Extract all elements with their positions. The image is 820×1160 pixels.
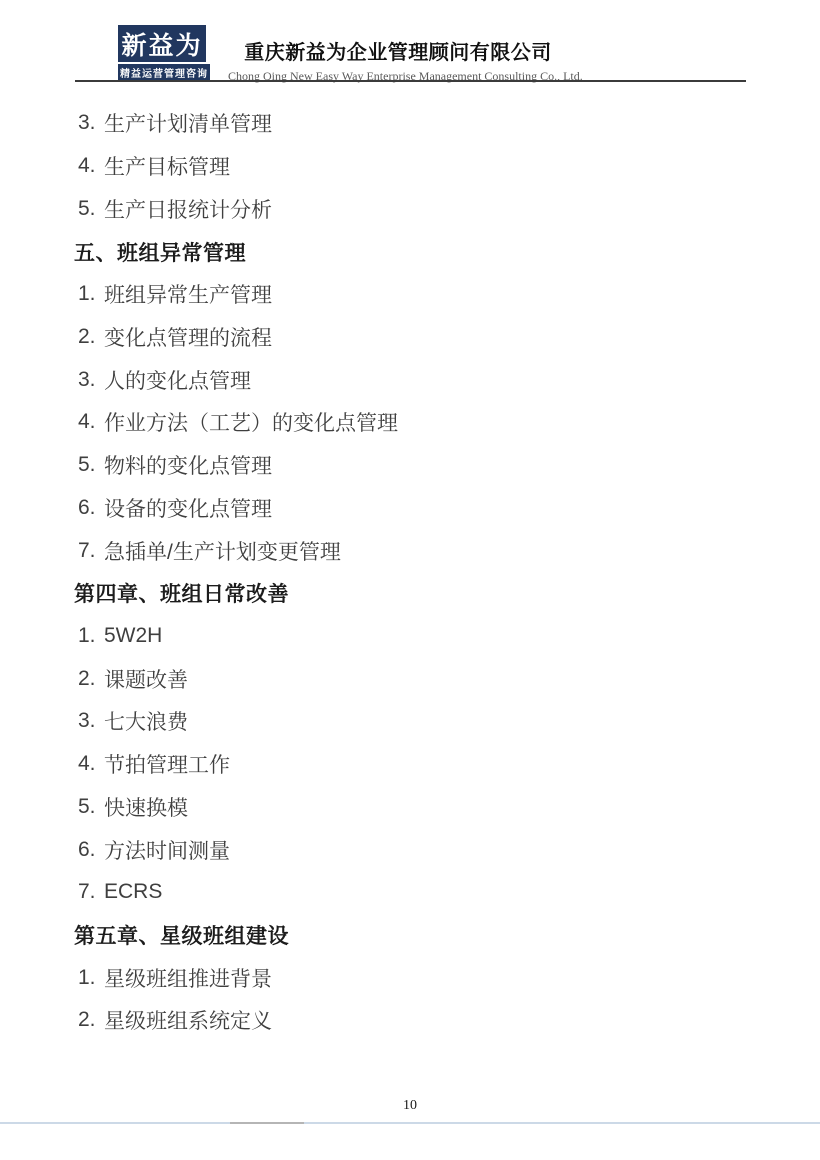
toc-item-number: 6. (78, 838, 104, 862)
toc-item: 1.5W2H (0, 615, 820, 658)
toc-item: 7.急插单/生产计划变更管理 (0, 529, 820, 572)
toc-item: 1.星级班组推进背景 (0, 956, 820, 999)
toc-item-text: 节拍管理工作 (104, 749, 230, 779)
header-rule (75, 80, 746, 82)
toc-item-text: ECRS (104, 880, 162, 904)
toc-list: 3.生产计划清单管理4.生产目标管理5.生产日报统计分析五、班组异常管理1.班组… (0, 102, 820, 1042)
toc-item: 5.生产日报统计分析 (0, 187, 820, 230)
logo-sub-row: 精益运营管理咨询 (118, 64, 208, 81)
toc-item-text: 课题改善 (104, 664, 188, 694)
company-name-block: 重庆新益为企业管理顾问有限公司 Chong Qing New Easy Way … (228, 36, 568, 84)
footer-rule-segment (230, 1122, 304, 1124)
toc-item: 2.课题改善 (0, 657, 820, 700)
toc-item: 1.班组异常生产管理 (0, 273, 820, 316)
toc-item: 5.快速换模 (0, 786, 820, 829)
toc-item-text: 班组异常生产管理 (104, 279, 272, 309)
toc-item-text: 变化点管理的流程 (104, 322, 272, 352)
logo-sub-text: 精益运营管理咨询 (118, 64, 210, 81)
toc-item-text: 快速换模 (104, 792, 188, 822)
toc-item-text: 七大浪费 (104, 706, 188, 736)
toc-heading: 五、班组异常管理 (0, 230, 820, 273)
toc-item-number: 2. (78, 667, 104, 691)
toc-item: 2.星级班组系统定义 (0, 999, 820, 1042)
toc-item-text: 方法时间测量 (104, 835, 230, 865)
footer-rule (0, 1122, 820, 1124)
toc-item-text: 星级班组系统定义 (104, 1005, 272, 1035)
toc-item: 4.节拍管理工作 (0, 743, 820, 786)
page-number: 10 (0, 1098, 820, 1114)
toc-item: 4.作业方法（工艺）的变化点管理 (0, 401, 820, 444)
toc-item-number: 4. (78, 410, 104, 434)
toc-item-text: 生产目标管理 (104, 151, 230, 181)
toc-item-number: 5. (78, 197, 104, 221)
toc-item-number: 2. (78, 1008, 104, 1032)
toc-item-text: 人的变化点管理 (104, 365, 251, 395)
toc-item-number: 1. (78, 966, 104, 990)
logo-main-text: 新益为 (118, 25, 206, 63)
toc-item-number: 1. (78, 624, 104, 648)
toc-item-number: 5. (78, 795, 104, 819)
toc-item: 7.ECRS (0, 871, 820, 914)
toc-item-number: 4. (78, 154, 104, 178)
toc-item-number: 1. (78, 282, 104, 306)
toc-item-text: 作业方法（工艺）的变化点管理 (104, 407, 398, 437)
company-name-cn: 重庆新益为企业管理顾问有限公司 (228, 36, 568, 65)
toc-item-number: 6. (78, 496, 104, 520)
toc-item-text: 星级班组推进背景 (104, 963, 272, 993)
toc-item-number: 3. (78, 111, 104, 135)
toc-item-text: 设备的变化点管理 (104, 493, 272, 523)
toc-item: 6.设备的变化点管理 (0, 486, 820, 529)
toc-item: 5.物料的变化点管理 (0, 444, 820, 487)
toc-item: 2.变化点管理的流程 (0, 316, 820, 359)
toc-item: 4.生产目标管理 (0, 145, 820, 188)
toc-item-number: 7. (78, 880, 104, 904)
toc-item: 3.人的变化点管理 (0, 358, 820, 401)
toc-item-text: 物料的变化点管理 (104, 450, 272, 480)
company-logo: 新益为 精益运营管理咨询 (118, 25, 208, 81)
toc-item: 3.七大浪费 (0, 700, 820, 743)
toc-item-text: 急插单/生产计划变更管理 (104, 536, 341, 566)
toc-item-number: 3. (78, 368, 104, 392)
toc-item-number: 3. (78, 709, 104, 733)
toc-item: 3.生产计划清单管理 (0, 102, 820, 145)
toc-item-number: 5. (78, 453, 104, 477)
toc-heading: 第四章、班组日常改善 (0, 572, 820, 615)
toc-item-number: 2. (78, 325, 104, 349)
toc-item: 6.方法时间测量 (0, 828, 820, 871)
toc-item-text: 生产计划清单管理 (104, 108, 272, 138)
toc-heading: 第五章、星级班组建设 (0, 914, 820, 957)
toc-item-number: 4. (78, 752, 104, 776)
toc-item-number: 7. (78, 539, 104, 563)
toc-item-text: 5W2H (104, 624, 162, 648)
toc-item-text: 生产日报统计分析 (104, 194, 272, 224)
